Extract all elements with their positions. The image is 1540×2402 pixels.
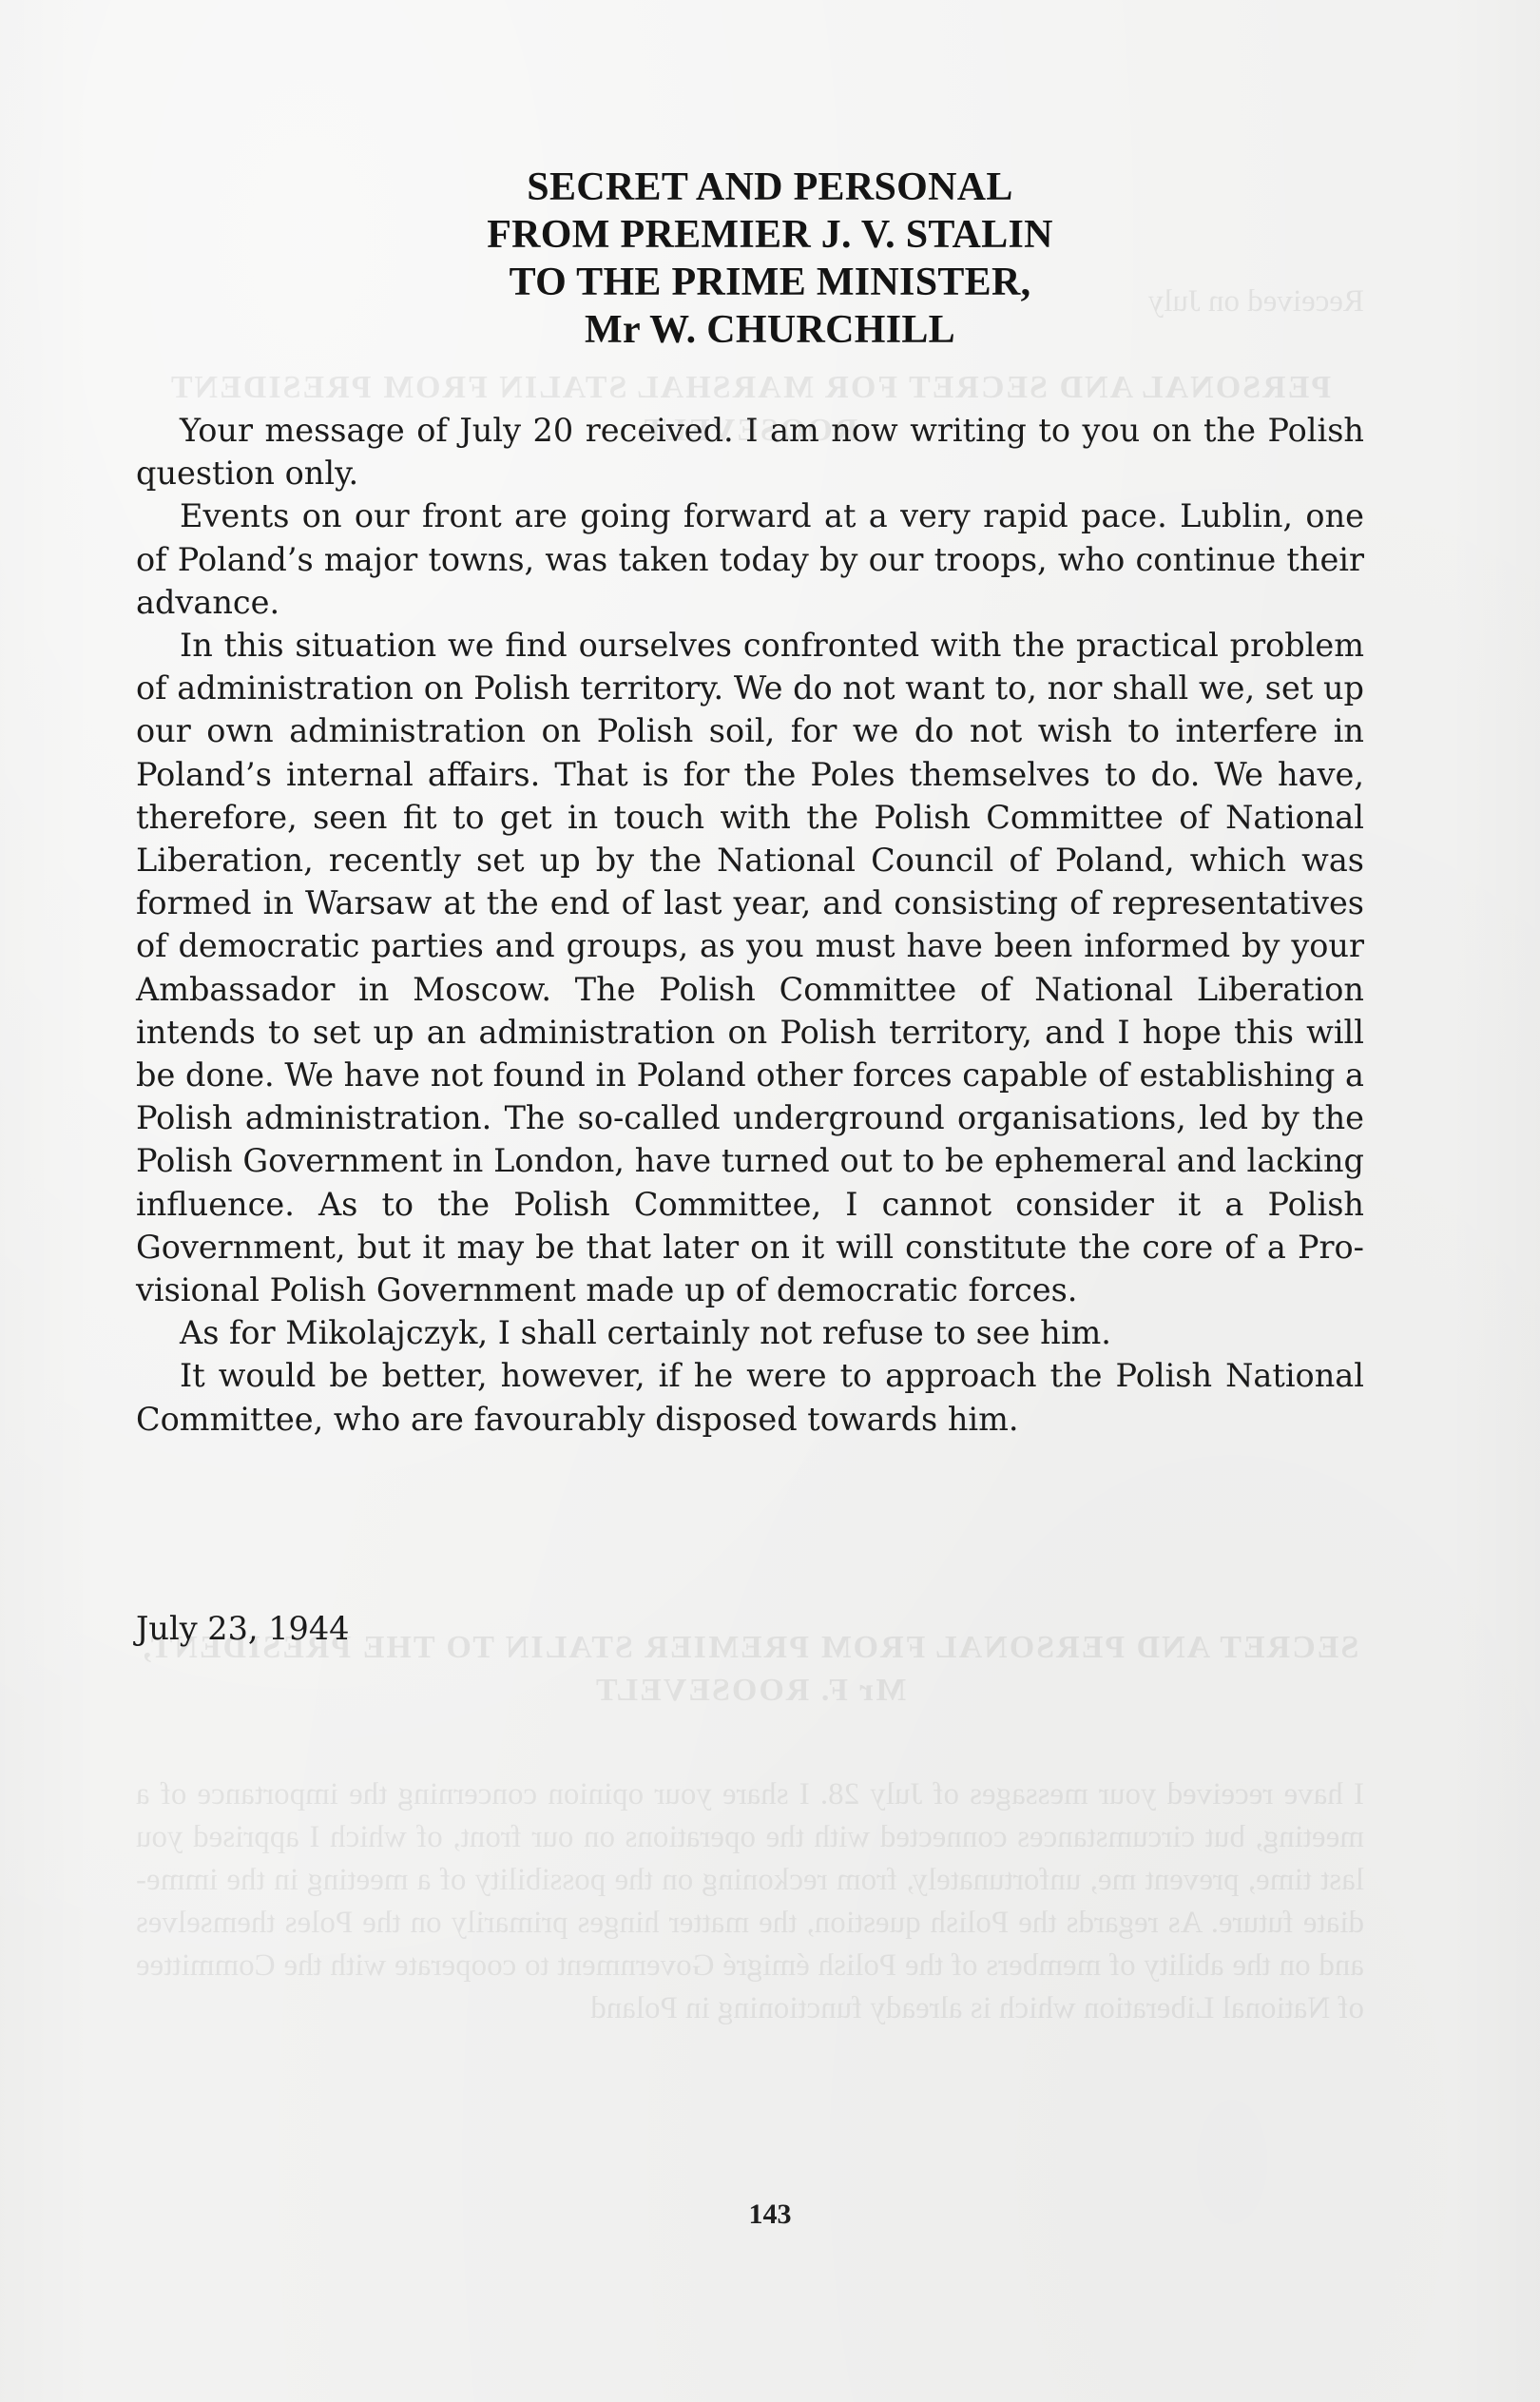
- paragraph: Events on our front are going forward at…: [136, 494, 1364, 624]
- letter-date: July 23, 1944: [136, 1607, 349, 1650]
- show-through-body: I have received your messages of July 28…: [136, 1773, 1364, 2030]
- heading-line: FROM PREMIER J. V. STALIN: [0, 211, 1540, 259]
- paragraph: It would be better, however, if he were …: [136, 1354, 1364, 1440]
- heading-line: SECRET AND PERSONAL: [0, 164, 1540, 211]
- letter-heading: SECRET AND PERSONAL FROM PREMIER J. V. S…: [0, 164, 1540, 354]
- paragraph: In this situation we find ourselves conf…: [136, 624, 1364, 1311]
- heading-line: TO THE PRIME MINISTER,: [0, 259, 1540, 306]
- show-through-text-lower: SECRET AND PERSONAL FROM PREMIER STALIN …: [136, 1583, 1364, 2073]
- page-number: 143: [0, 2199, 1540, 2231]
- paragraph: As for Mikolajczyk, I shall certainly no…: [136, 1311, 1364, 1354]
- paragraph: Your message of July 20 received. I am n…: [136, 409, 1364, 494]
- heading-line: Mr W. CHURCHILL: [0, 306, 1540, 354]
- letter-body: Your message of July 20 received. I am n…: [136, 409, 1364, 1441]
